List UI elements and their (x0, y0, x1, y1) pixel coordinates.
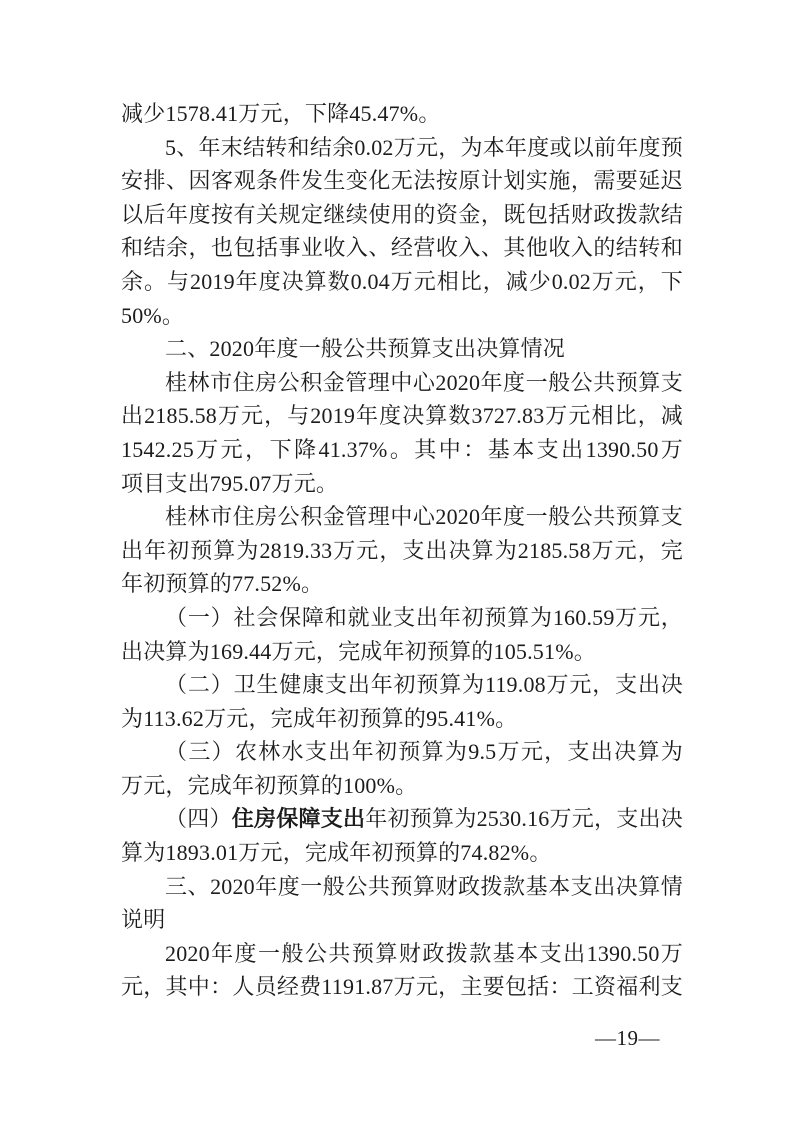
text-line: 桂林市住房公积金管理中心2020年度一般公共预算支 (121, 366, 683, 400)
text-line: 安排、因客观条件发生变化无法按原计划实施，需要延迟到 (121, 164, 683, 198)
text-line: 以后年度按有关规定继续使用的资金，既包括财政拨款结转 (121, 198, 683, 232)
text-line: 算为1893.01万元，完成年初预算的74.82%。 (121, 836, 683, 870)
page-number: —19— (595, 1026, 660, 1050)
document-body: 减少1578.41万元，下降45.47%。5、年末结转和结余0.02万元，为本年… (121, 97, 683, 1004)
text-line: （一）社会保障和就业支出年初预算为160.59万元，支 (121, 601, 683, 635)
text-line: 元，其中：人员经费1191.87万元，主要包括：工资福利支 (121, 970, 683, 1004)
text-line: 出决算为169.44万元，完成年初预算的105.51%。 (121, 635, 683, 669)
text-line: 减少1578.41万元，下降45.47%。 (121, 97, 683, 131)
text-line: 万元，完成年初预算的100%。 (121, 769, 683, 803)
text-line: （三）农林水支出年初预算为9.5万元，支出决算为9.5 (121, 735, 683, 769)
text-line: 出2185.58万元，与2019年度决算数3727.83万元相比，减少 (121, 399, 683, 433)
text-line: 1542.25万元，下降41.37%。其中：基本支出1390.50万元， (121, 433, 683, 467)
text-line: 说明 (121, 903, 683, 937)
text-line: （四）住房保障支出年初预算为2530.16万元，支出决 (121, 802, 683, 836)
text-line: 为113.62万元，完成年初预算的95.41%。 (121, 702, 683, 736)
text-line: 和结余，也包括事业收入、经营收入、其他收入的结转和结 (121, 231, 683, 265)
text-line: 余。与2019年度决算数0.04万元相比，减少0.02万元，下降 (121, 265, 683, 299)
text-line: 年初预算的77.52%。 (121, 567, 683, 601)
text-line: 二、2020年度一般公共预算支出决算情况 (121, 332, 683, 366)
text-line: 2020年度一般公共预算财政拨款基本支出1390.50万 (121, 937, 683, 971)
text-line: 三、2020年度一般公共预算财政拨款基本支出决算情况 (121, 870, 683, 904)
text-line: （二）卫生健康支出年初预算为119.08万元，支出决算 (121, 668, 683, 702)
text-line: 50%。 (121, 299, 683, 333)
text-line: 出年初预算为2819.33万元，支出决算为2185.58万元，完成 (121, 534, 683, 568)
document-page: 减少1578.41万元，下降45.47%。5、年末结转和结余0.02万元，为本年… (0, 0, 800, 1131)
text-line: 桂林市住房公积金管理中心2020年度一般公共预算支 (121, 500, 683, 534)
text-line: 项目支出795.07万元。 (121, 467, 683, 501)
bold-emphasis: 住房保障支出 (232, 806, 366, 831)
text-line: 5、年末结转和结余0.02万元，为本年度或以前年度预算 (121, 131, 683, 165)
